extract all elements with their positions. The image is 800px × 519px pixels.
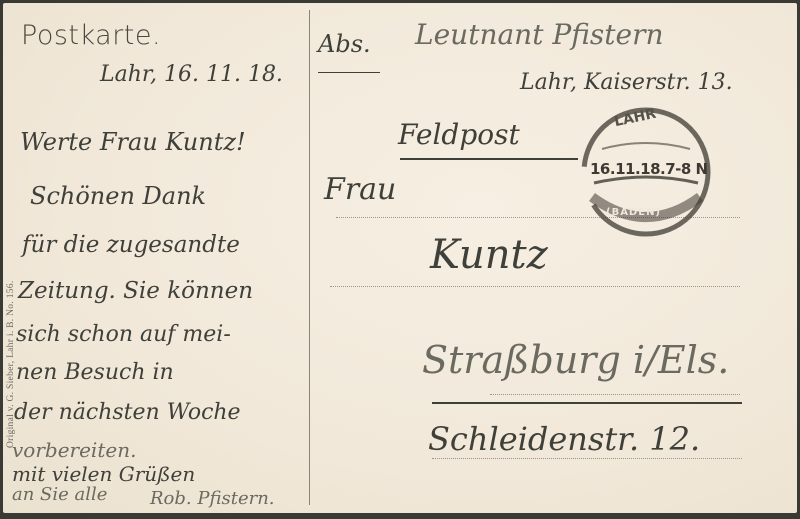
- sender-label-underline: [318, 72, 380, 73]
- center-divider: [309, 10, 310, 505]
- recipient-street: Schleidenstr. 12.: [428, 420, 700, 458]
- signature: Rob. Pfistern.: [150, 488, 275, 509]
- recipient-city: Straßburg i/Els.: [422, 338, 729, 382]
- message-line: sich schon auf mei-: [16, 322, 231, 347]
- message-line: für die zugesandte: [22, 232, 240, 258]
- service-underline: [400, 158, 578, 160]
- address-line-3: [490, 394, 740, 395]
- message-line: der nächsten Woche: [14, 400, 241, 425]
- postcard-title: Postkarte.: [21, 20, 161, 51]
- sender-name: Leutnant Pfistern: [415, 18, 664, 51]
- address-line-4: [432, 458, 742, 459]
- salutation: Frau: [324, 172, 396, 207]
- sender-label: Abs.: [318, 30, 371, 58]
- postmark-date: 16.11.18.7-8 N: [590, 160, 708, 178]
- recipient-name: Kuntz: [430, 232, 548, 278]
- city-underline: [432, 402, 742, 404]
- service-label: Feldpost: [398, 118, 520, 151]
- message-line: Werte Frau Kuntz!: [20, 128, 246, 156]
- message-line: nen Besuch in: [16, 360, 174, 385]
- place-date: Lahr, 16. 11. 18.: [100, 62, 283, 87]
- sender-address: Lahr, Kaiserstr. 13.: [520, 70, 733, 95]
- postmark-bottom-text: (BADEN): [606, 207, 661, 218]
- address-line-2: [330, 286, 740, 287]
- message-line: mit vielen Grüßen: [12, 462, 195, 486]
- message-line: an Sie alle: [12, 484, 107, 505]
- message-line: Zeitung. Sie können: [18, 278, 253, 304]
- message-line: vorbereiten.: [12, 438, 136, 462]
- message-line: Schönen Dank: [30, 182, 206, 210]
